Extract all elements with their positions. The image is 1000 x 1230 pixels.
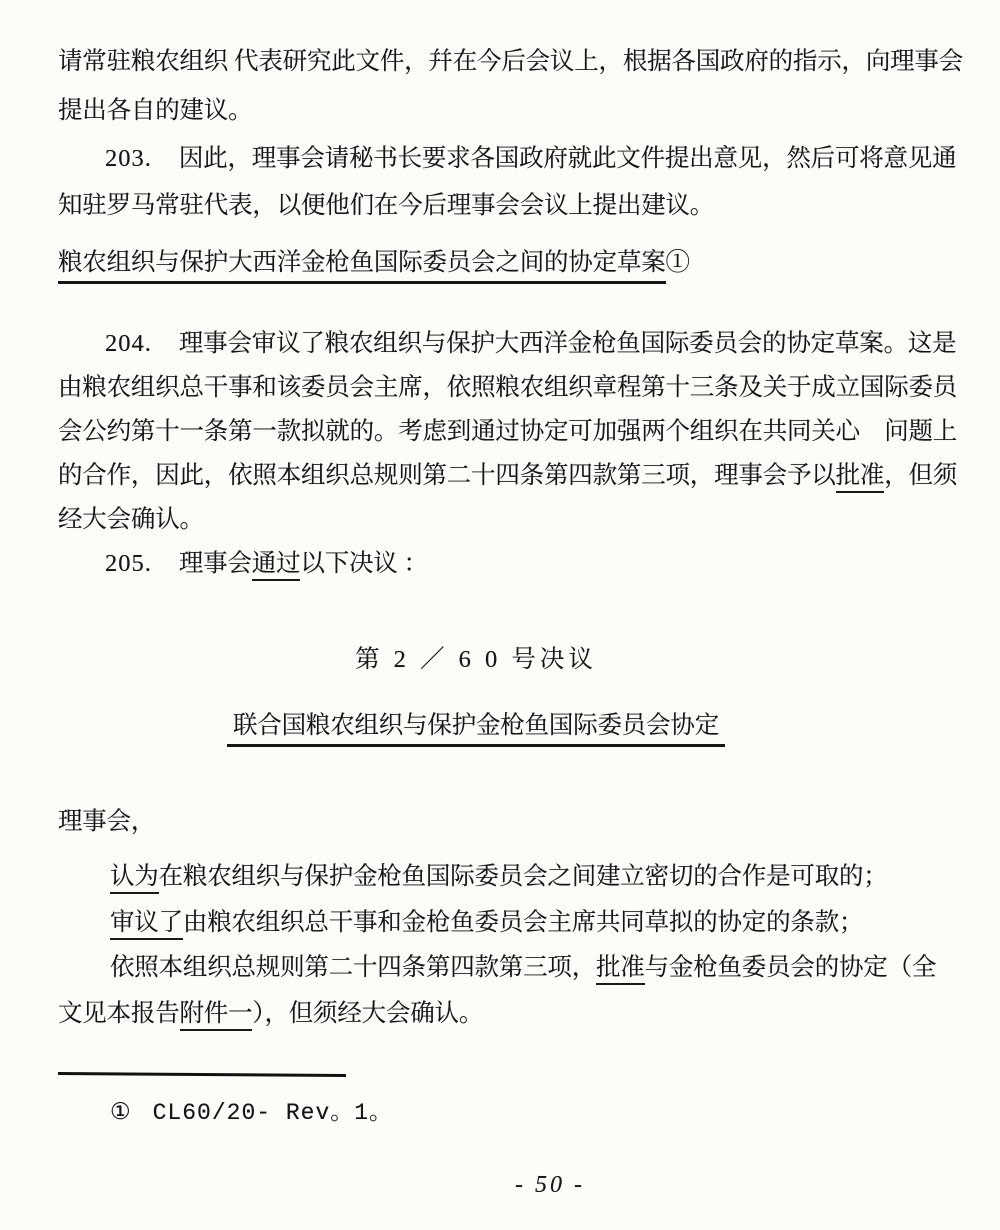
resolution-clause-3-line-2-post: ），但须经大会确认。 — [252, 1000, 483, 1027]
paragraph-204-approval-underlined: 批准 — [836, 462, 885, 493]
resolution-salutation: 理事会， — [58, 806, 155, 837]
paragraph-204-line-3: 会公约第十一条第一款拟就的。考虑到通过协定可加强两个组织在共同关心 问题上 — [58, 416, 957, 447]
paragraph-203-text: 因此，理事会请秘书长要求各国政府就此文件提出意见，然后可将意见通 — [179, 145, 957, 172]
paragraph-203-line-2: 知驻罗马常驻代表，以便他们在今后理事会会议上提出建议。 — [58, 190, 714, 221]
paragraph-204-line-4: 的合作，因此，依照本组织总规则第二十四条第四款第三项，理事会予以批准，但须 — [58, 460, 957, 491]
intro-paragraph-line-2: 提出各自的建议。 — [58, 95, 252, 126]
paragraph-204-line-1: 204.理事会审议了粮农组织与保护大西洋金枪鱼国际委员会的协定草案。这是 — [105, 328, 956, 359]
resolution-clause-3-line-1: 依照本组织总规则第二十四条第四款第三项，批准与金枪鱼委员会的协定（全 — [110, 952, 936, 983]
resolution-number-heading: 第 2 ／ 6 0 号决议 — [0, 644, 952, 675]
resolution-clause-1: 认为在粮农组织与保护金枪鱼国际委员会之间建立密切的合作是可取的； — [110, 861, 888, 892]
paragraph-203-line-1: 203.因此，理事会请秘书长要求各国政府就此文件提出意见，然后可将意见通 — [105, 143, 956, 174]
paragraph-204-line-5: 经大会确认。 — [58, 504, 204, 535]
paragraph-205-post: 以下决议 ： — [300, 550, 427, 577]
section-heading-text: 粮农组织与保护大西洋金枪鱼国际委员会之间的协定草案 — [58, 249, 666, 284]
resolution-clause-1-text: 在粮农组织与保护金枪鱼国际委员会之间建立密切的合作是可取的； — [159, 863, 888, 890]
section-heading-footnote-marker: ① — [666, 249, 690, 276]
footnote-separator-rule — [58, 1072, 346, 1077]
paragraph-204-line-4-pre: 的合作，因此，依照本组织总规则第二十四条第四款第三项，理事会予以 — [58, 462, 836, 489]
resolution-clause-3-pre: 依照本组织总规则第二十四条第四款第三项， — [110, 954, 596, 981]
footnote-marker: ① — [110, 1099, 131, 1125]
paragraph-204-line-4-post: ，但须 — [884, 462, 957, 489]
resolution-clause-2: 审议了由粮农组织总干事和金枪鱼委员会主席共同草拟的协定的条款； — [110, 907, 863, 938]
paragraph-204-number: 204. — [105, 328, 152, 359]
paragraph-204-text: 理事会审议了粮农组织与保护大西洋金枪鱼国际委员会的协定草案。这是 — [179, 330, 957, 357]
resolution-clause-1-underlined: 认为 — [110, 863, 159, 894]
footnote: ①CL60/20- Rev。1。 — [110, 1093, 393, 1126]
resolution-annex-reference-underlined: 附件一 — [180, 1000, 253, 1031]
paragraph-204-line-2: 由粮农组织总干事和该委员会主席，依照粮农组织章程第十三条及关于成立国际委员 — [58, 372, 957, 403]
paragraph-205-adopt-underlined: 通过 — [252, 550, 301, 581]
document-page: 请常驻粮农组织 代表研究此文件，幷在今后会议上，根据各国政府的指示，向理事会 提… — [0, 0, 1000, 1230]
resolution-title: 联合国粮农组织与保护金枪鱼国际委员会协定 — [0, 710, 952, 741]
section-heading: 粮农组织与保护大西洋金枪鱼国际委员会之间的协定草案① — [58, 247, 690, 278]
intro-paragraph-line-1: 请常驻粮农组织 代表研究此文件，幷在今后会议上，根据各国政府的指示，向理事会 — [58, 46, 963, 77]
footnote-document-reference: CL60/20- Rev。1。 — [153, 1100, 393, 1126]
paragraph-205: 205.理事会通过以下决议 ： — [105, 548, 428, 579]
resolution-clause-3-line-2: 文见本报告附件一），但须经大会确认。 — [58, 998, 483, 1029]
paragraph-205-number: 205. — [105, 548, 152, 579]
page-number: - 50 - — [450, 1172, 650, 1199]
paragraph-203-number: 203. — [105, 143, 152, 174]
resolution-clause-2-underlined: 审议了 — [110, 909, 183, 940]
resolution-clause-3-line-2-pre: 文见本报告 — [58, 1000, 180, 1027]
resolution-title-text: 联合国粮农组织与保护金枪鱼国际委员会协定 — [227, 712, 725, 747]
resolution-clause-3-underlined: 批准 — [596, 954, 645, 985]
resolution-clause-3-post: 与金枪鱼委员会的协定（全 — [645, 954, 937, 981]
paragraph-205-pre: 理事会 — [179, 550, 252, 577]
resolution-clause-2-text: 由粮农组织总干事和金枪鱼委员会主席共同草拟的协定的条款； — [183, 909, 863, 936]
